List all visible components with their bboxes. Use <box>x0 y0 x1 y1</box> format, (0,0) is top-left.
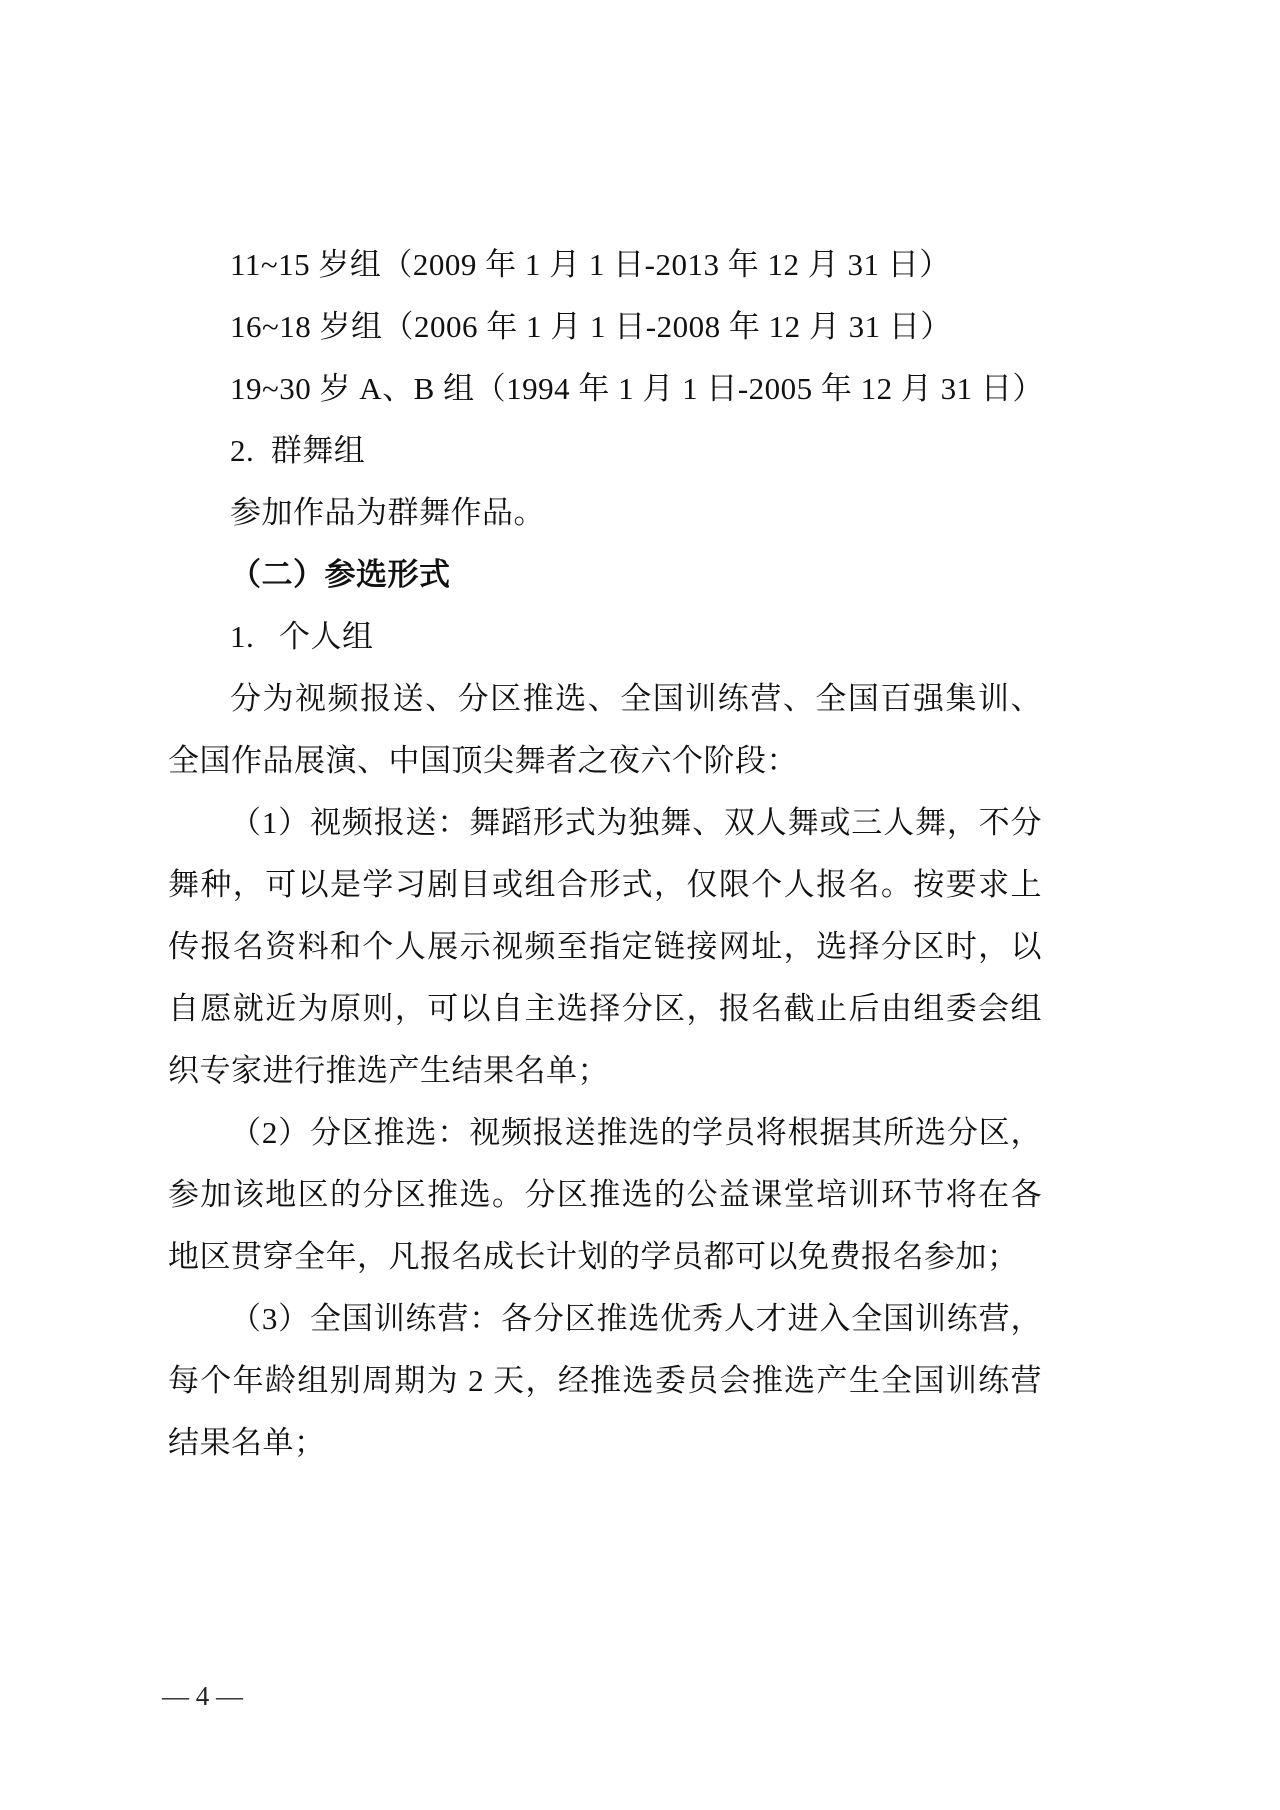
age-group-line-16-18: 16~18 岁组（2006 年 1 月 1 日-2008 年 12 月 31 日… <box>168 296 1042 358</box>
stage-3-national-training-camp-paragraph: （3）全国训练营：各分区推选优秀人才进入全国训练营，每个年龄组别周期为 2 天，… <box>168 1288 1042 1474</box>
document-page: 11~15 岁组（2009 年 1 月 1 日-2013 年 12 月 31 日… <box>0 0 1280 1810</box>
document-body: 11~15 岁组（2009 年 1 月 1 日-2013 年 12 月 31 日… <box>168 234 1042 1474</box>
group-dance-item-heading: 2. 群舞组 <box>168 420 1042 482</box>
stage-1-video-submission-paragraph: （1）视频报送：舞蹈形式为独舞、双人舞或三人舞，不分舞种，可以是学习剧目或组合形… <box>168 792 1042 1102</box>
section-heading-participation-format: （二）参选形式 <box>168 544 1042 606</box>
age-group-line-11-15: 11~15 岁组（2009 年 1 月 1 日-2013 年 12 月 31 日… <box>168 234 1042 296</box>
group-dance-description: 参加作品为群舞作品。 <box>168 482 1042 544</box>
page-number: — 4 — <box>162 1676 243 1716</box>
stages-overview-paragraph: 分为视频报送、分区推选、全国训练营、全国百强集训、全国作品展演、中国顶尖舞者之夜… <box>168 668 1042 792</box>
age-group-line-19-30: 19~30 岁 A、B 组（1994 年 1 月 1 日-2005 年 12 月… <box>168 358 1042 420</box>
individual-group-item-heading: 1. 个人组 <box>168 606 1042 668</box>
stage-2-regional-selection-paragraph: （2）分区推选：视频报送推选的学员将根据其所选分区，参加该地区的分区推选。分区推… <box>168 1102 1042 1288</box>
